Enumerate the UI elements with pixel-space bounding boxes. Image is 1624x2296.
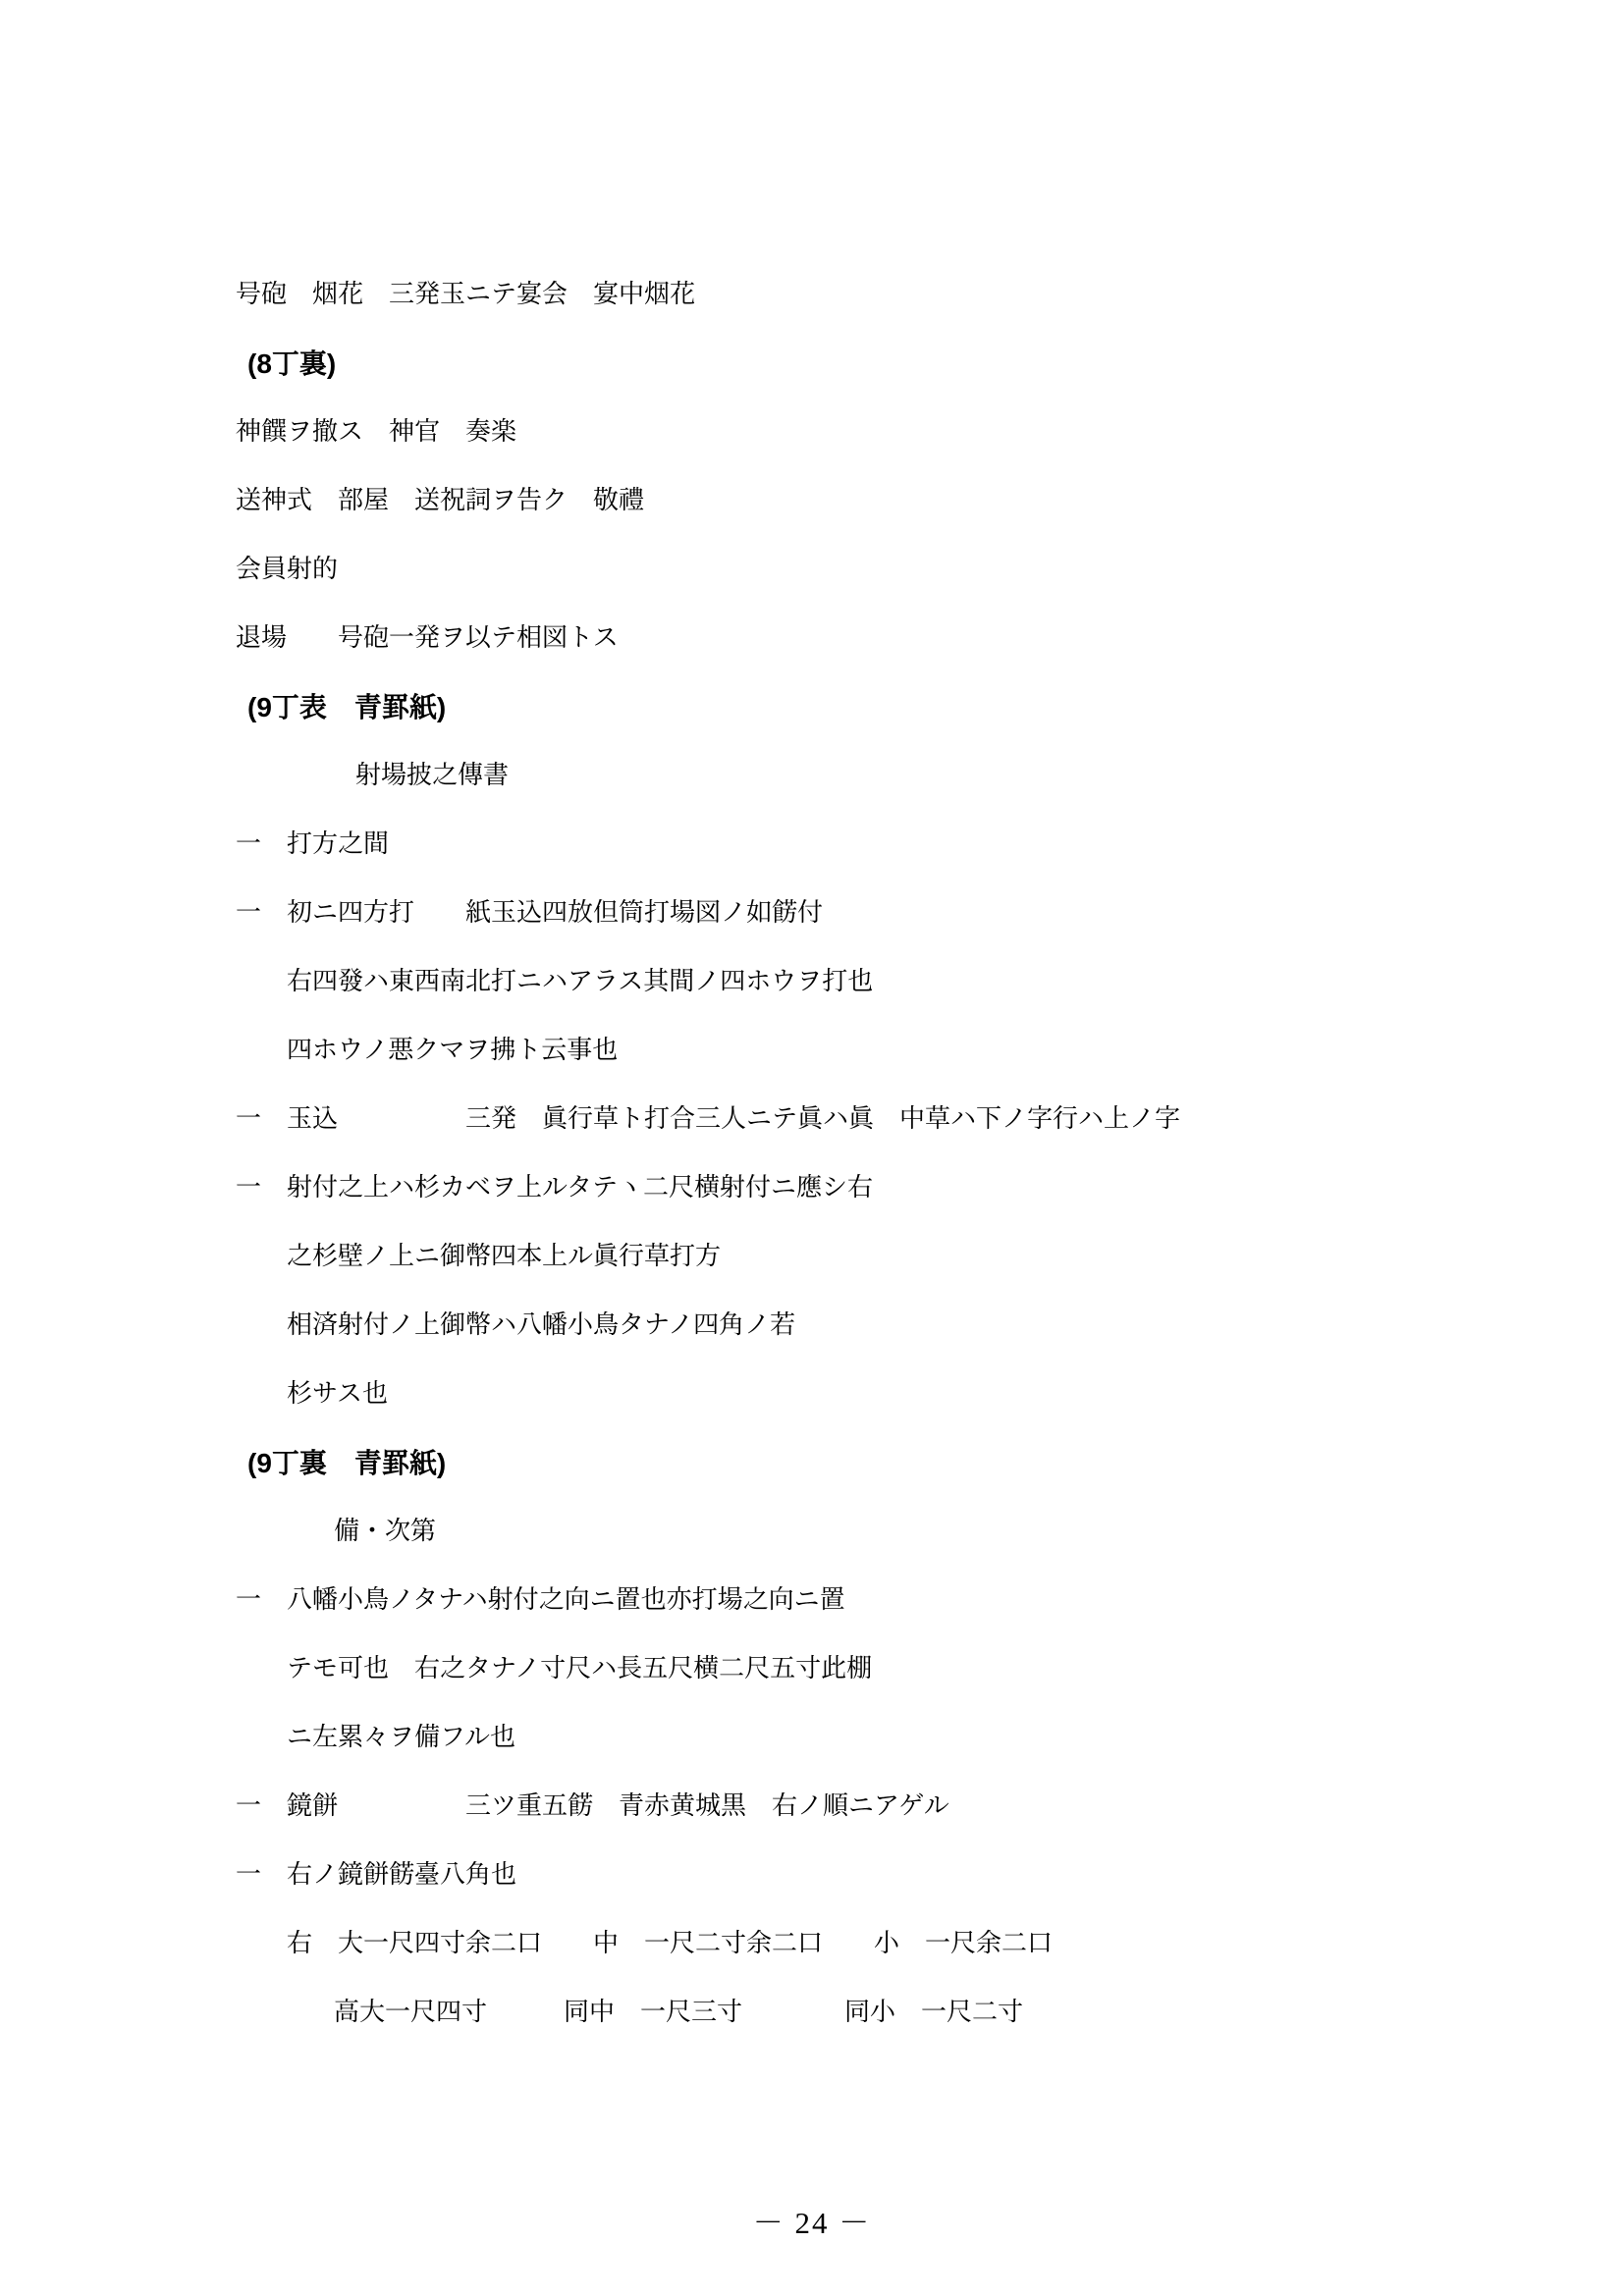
text-line: ニ左累々ヲ備フル也 — [287, 1724, 1492, 1750]
text-line: 備・次第 — [334, 1518, 1492, 1544]
text-line: 一 玉込 三発 眞行草ト打合三人ニテ眞ハ眞 中草ハ下ノ字行ハ上ノ字 — [236, 1105, 1492, 1132]
text-line: 高大一尺四寸 同中 一尺三寸 同小 一尺二寸 — [334, 1999, 1492, 2025]
text-line: 一 八幡小鳥ノタナハ射付之向ニ置也亦打場之向ニ置 — [236, 1586, 1492, 1613]
text-line: 会員射的 — [236, 556, 1492, 582]
text-line: 号砲 烟花 三発玉ニテ宴会 宴中烟花 — [236, 281, 1492, 307]
section-heading: (9丁裏 青罫紙) — [247, 1449, 1492, 1477]
text-line: 一 打方之間 — [236, 830, 1492, 857]
document-page: 号砲 烟花 三発玉ニテ宴会 宴中烟花(8丁裏)神饌ヲ撤ス 神官 奏楽送神式 部屋… — [0, 0, 1624, 2296]
text-line: 送神式 部屋 送祝詞ヲ告ク 敬禮 — [236, 487, 1492, 513]
text-line: 一 射付之上ハ杉カベヲ上ルタテヽ二尺横射付ニ應シ右 — [236, 1174, 1492, 1201]
section-heading: (9丁表 青罫紙) — [247, 693, 1492, 721]
page-number: － 24 － — [0, 2207, 1624, 2240]
text-line: 右 大一尺四寸余二口 中 一尺二寸余二口 小 一尺余二口 — [287, 1930, 1492, 1956]
text-line: 退場 号砲一発ヲ以テ相図トス — [236, 624, 1492, 651]
document-body: 号砲 烟花 三発玉ニテ宴会 宴中烟花(8丁裏)神饌ヲ撤ス 神官 奏楽送神式 部屋… — [236, 281, 1492, 2067]
text-line: 四ホウノ悪クマヲ拂ト云事也 — [287, 1037, 1492, 1063]
text-line: 杉サス也 — [287, 1380, 1492, 1407]
text-line: 神饌ヲ撤ス 神官 奏楽 — [236, 418, 1492, 445]
text-line: 之杉壁ノ上ニ御幣四本上ル眞行草打方 — [287, 1243, 1492, 1269]
text-line: 射場披之傳書 — [355, 762, 1492, 788]
section-heading: (8丁裏) — [247, 349, 1492, 378]
text-line: 一 鏡餅 三ツ重五餝 青赤黄城黒 右ノ順ニアゲル — [236, 1792, 1492, 1819]
text-line: 一 右ノ鏡餅餝臺八角也 — [236, 1861, 1492, 1888]
text-line: 一 初ニ四方打 紙玉込四放但筒打場図ノ如餝付 — [236, 899, 1492, 926]
text-line: 相済射付ノ上御幣ハ八幡小鳥タナノ四角ノ若 — [287, 1311, 1492, 1338]
text-line: 右四發ハ東西南北打ニハアラス其間ノ四ホウヲ打也 — [287, 968, 1492, 994]
text-line: テモ可也 右之タナノ寸尺ハ長五尺横二尺五寸此棚 — [287, 1655, 1492, 1682]
